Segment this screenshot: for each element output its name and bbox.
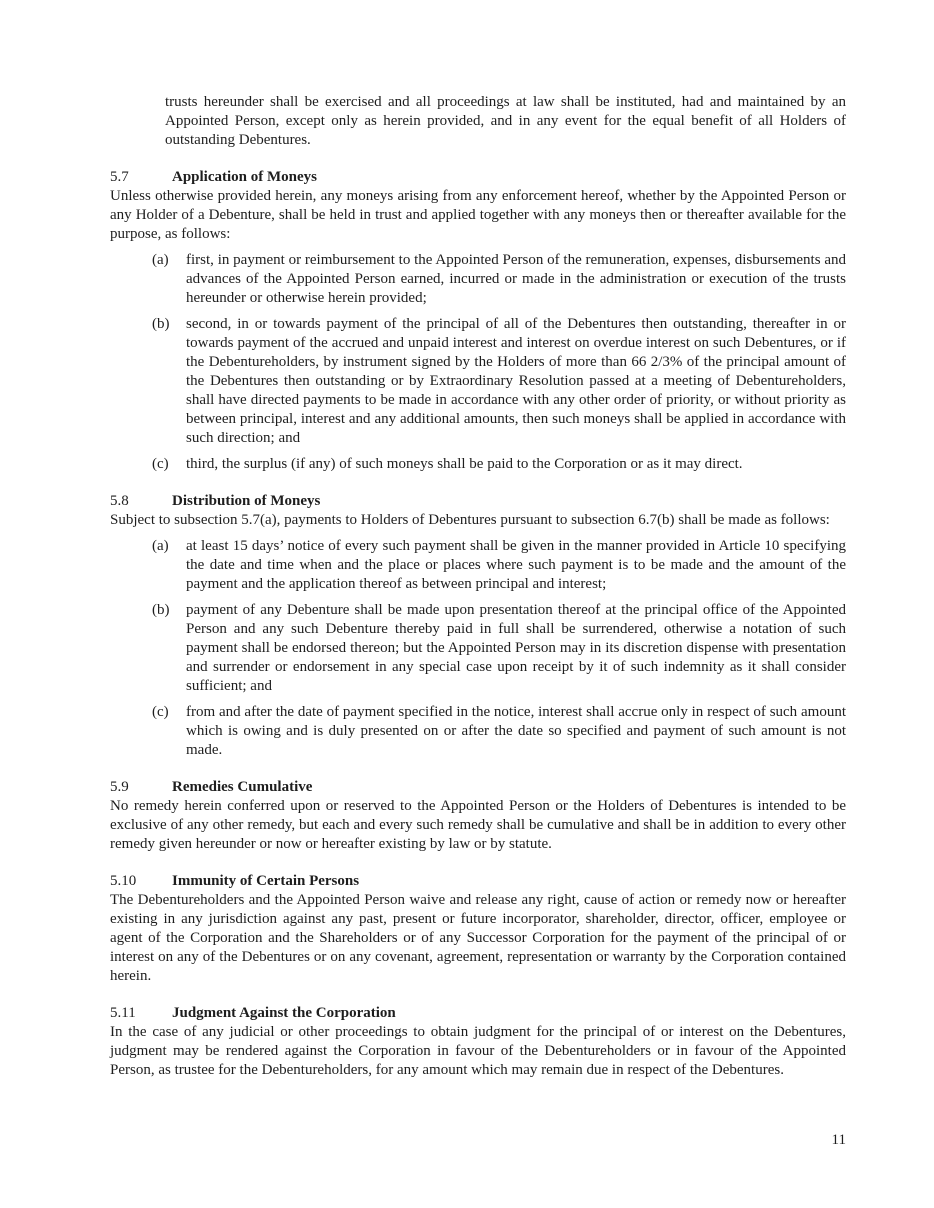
list-item: (c) third, the surplus (if any) of such … <box>110 455 846 474</box>
list-item-text: at least 15 days’ notice of every such p… <box>186 537 846 594</box>
section-5-8: 5.8 Distribution of Moneys Subject to su… <box>110 492 846 760</box>
list-item-text: third, the surplus (if any) of such mone… <box>186 455 846 474</box>
list-item: (b) payment of any Debenture shall be ma… <box>110 601 846 696</box>
continuation-paragraph: trusts hereunder shall be exercised and … <box>165 93 846 150</box>
list-item-label: (c) <box>152 455 186 474</box>
list-item-label: (b) <box>152 315 186 448</box>
list-item-text: first, in payment or reimbursement to th… <box>186 251 846 308</box>
section-heading: 5.9 Remedies Cumulative <box>110 778 846 797</box>
section-item-list: (a) at least 15 days’ notice of every su… <box>110 537 846 760</box>
list-item-text: from and after the date of payment speci… <box>186 703 846 760</box>
list-item-label: (a) <box>152 537 186 594</box>
list-item: (c) from and after the date of payment s… <box>110 703 846 760</box>
list-item: (a) at least 15 days’ notice of every su… <box>110 537 846 594</box>
section-number: 5.10 <box>110 872 172 891</box>
list-item-label: (b) <box>152 601 186 696</box>
page-number: 11 <box>832 1131 846 1150</box>
section-body: No remedy herein conferred upon or reser… <box>110 797 846 854</box>
section-5-7: 5.7 Application of Moneys Unless otherwi… <box>110 168 846 474</box>
section-title: Application of Moneys <box>172 168 317 187</box>
section-heading: 5.8 Distribution of Moneys <box>110 492 846 511</box>
list-item-label: (c) <box>152 703 186 760</box>
section-5-9: 5.9 Remedies Cumulative No remedy herein… <box>110 778 846 854</box>
document-page: trusts hereunder shall be exercised and … <box>0 0 934 1208</box>
section-body: In the case of any judicial or other pro… <box>110 1023 846 1080</box>
section-heading: 5.7 Application of Moneys <box>110 168 846 187</box>
section-5-10: 5.10 Immunity of Certain Persons The Deb… <box>110 872 846 986</box>
list-item-text: payment of any Debenture shall be made u… <box>186 601 846 696</box>
section-item-list: (a) first, in payment or reimbursement t… <box>110 251 846 474</box>
section-title: Immunity of Certain Persons <box>172 872 359 891</box>
section-title: Remedies Cumulative <box>172 778 312 797</box>
section-body: Subject to subsection 5.7(a), payments t… <box>110 511 846 530</box>
section-body: Unless otherwise provided herein, any mo… <box>110 187 846 244</box>
list-item: (b) second, in or towards payment of the… <box>110 315 846 448</box>
section-5-11: 5.11 Judgment Against the Corporation In… <box>110 1004 846 1080</box>
list-item-label: (a) <box>152 251 186 308</box>
section-title: Judgment Against the Corporation <box>172 1004 396 1023</box>
section-number: 5.8 <box>110 492 172 511</box>
section-body: The Debentureholders and the Appointed P… <box>110 891 846 986</box>
section-heading: 5.11 Judgment Against the Corporation <box>110 1004 846 1023</box>
section-heading: 5.10 Immunity of Certain Persons <box>110 872 846 891</box>
list-item: (a) first, in payment or reimbursement t… <box>110 251 846 308</box>
list-item-text: second, in or towards payment of the pri… <box>186 315 846 448</box>
section-title: Distribution of Moneys <box>172 492 320 511</box>
document-content: trusts hereunder shall be exercised and … <box>110 93 846 1080</box>
section-number: 5.9 <box>110 778 172 797</box>
section-number: 5.11 <box>110 1004 172 1023</box>
section-number: 5.7 <box>110 168 172 187</box>
